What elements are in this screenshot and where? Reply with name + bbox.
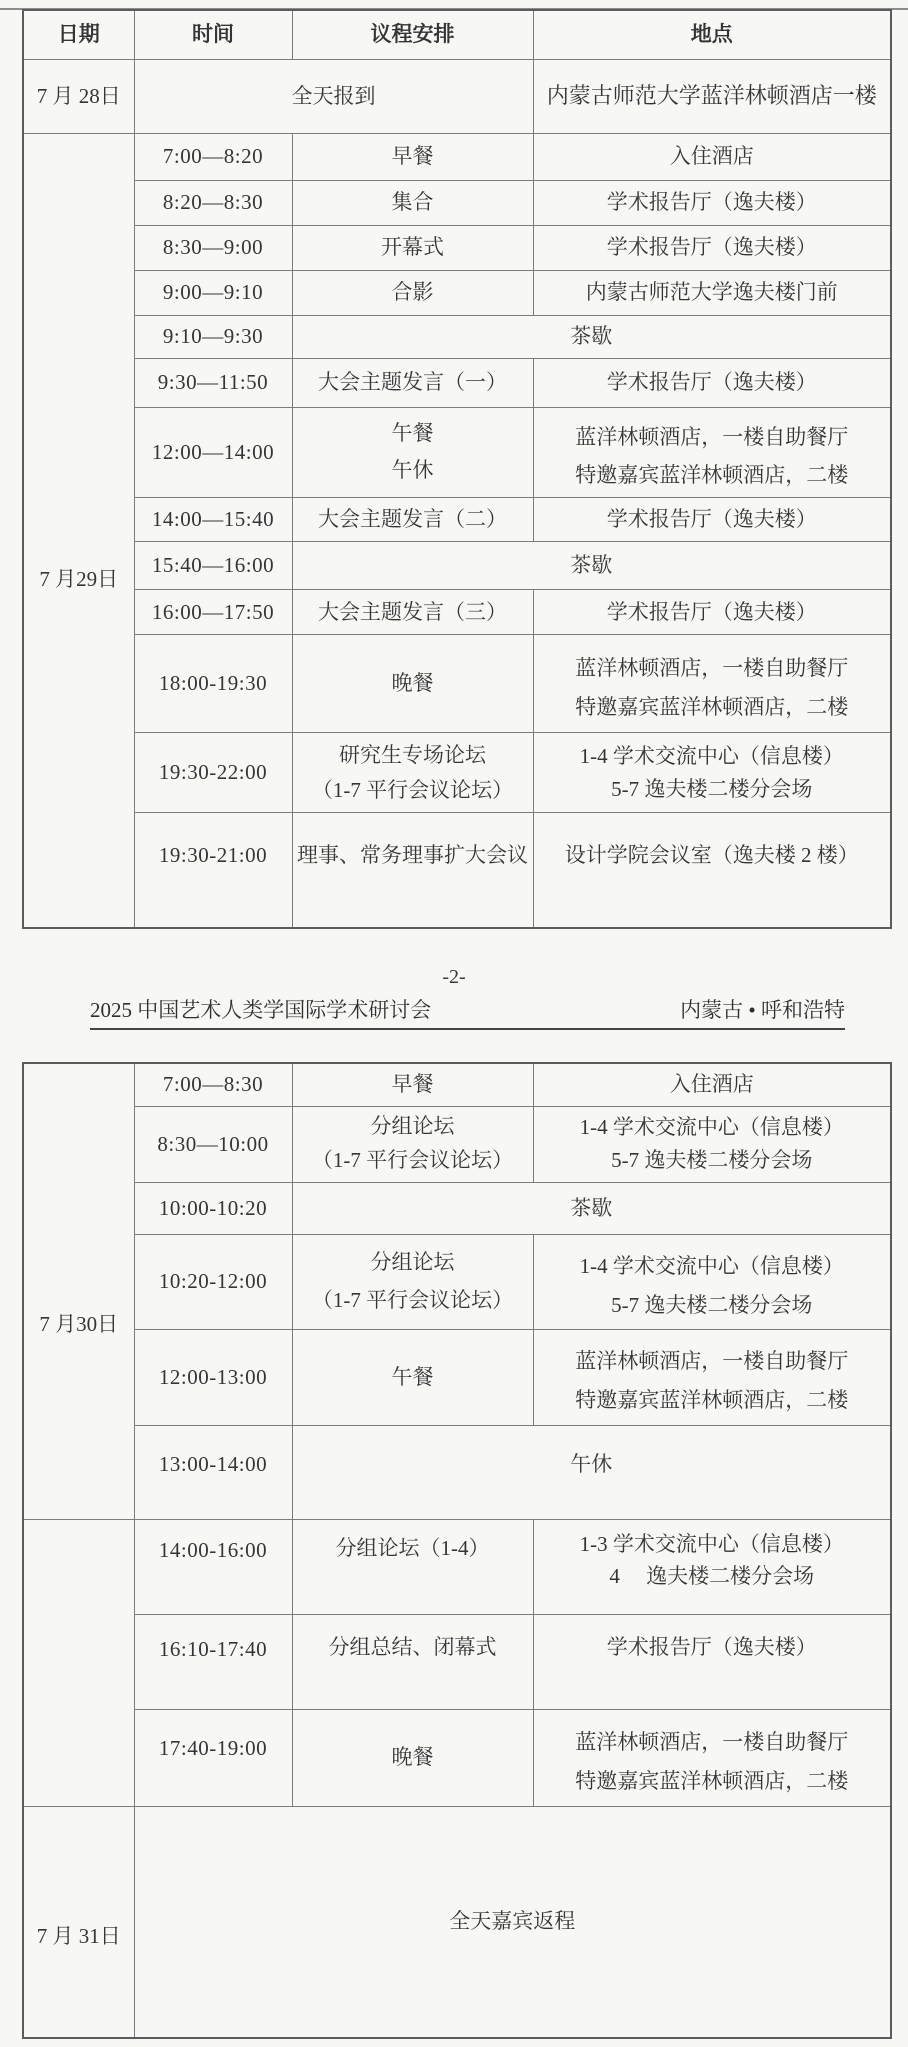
schedule-table-page2: 7 月30日 7:00—8:30 早餐 入住酒店 8:30—10:00 分组论坛… [22,1062,892,2039]
time-cell: 13:00-14:00 [134,1425,292,1519]
time-cell: 9:00—9:10 [134,270,292,315]
time-cell: 16:00—17:50 [134,590,292,635]
agenda-cell: 早餐 [292,1063,533,1106]
col-header-date: 日期 [23,10,134,59]
time-cell: 8:30—9:00 [134,225,292,270]
location-cell: 入住酒店 [533,1063,891,1106]
page-header-place: 内蒙古 • 呼和浩特 [680,994,845,1024]
location-cell: 学术报告厅（逸夫楼） [533,358,891,407]
table-row: 12:00—14:00 午餐 午休 蓝洋林顿酒店，一楼自助餐厅 特邀嘉宾蓝洋林顿… [23,407,891,498]
table-row: 7 月29日 7:00—8:20 早餐 入住酒店 [23,133,891,180]
agenda-cell: 午餐 午休 [292,407,533,498]
table-row: 16:00—17:50 大会主题发言（三） 学术报告厅（逸夫楼） [23,590,891,635]
location-cell: 内蒙古师范大学蓝洋林顿酒店一楼 [533,59,891,133]
time-cell: 9:10—9:30 [134,315,292,358]
date-cell-jul28: 7 月 28日 [23,59,134,133]
agenda-cell: 合影 [292,270,533,315]
table-row: 16:10-17:40 分组总结、闭幕式 学术报告厅（逸夫楼） [23,1614,891,1709]
table-row: 8:30—10:00 分组论坛 （1-7 平行会议论坛） 1-4 学术交流中心（… [23,1106,891,1182]
location-cell: 学术报告厅（逸夫楼） [533,498,891,542]
date-cell-empty [23,1519,134,1806]
time-cell: 14:00-16:00 [134,1519,292,1614]
table-row: 9:00—9:10 合影 内蒙古师范大学逸夫楼门前 [23,270,891,315]
time-cell: 10:00-10:20 [134,1182,292,1234]
time-cell: 12:00—14:00 [134,407,292,498]
location-cell: 1-4 学术交流中心（信息楼） 5-7 逸夫楼二楼分会场 [533,1106,891,1182]
time-cell: 14:00—15:40 [134,498,292,542]
table-row: 17:40-19:00 晚餐 蓝洋林顿酒店，一楼自助餐厅 特邀嘉宾蓝洋林顿酒店，… [23,1709,891,1806]
agenda-cell: 分组总结、闭幕式 [292,1614,533,1709]
table-row: 14:00-16:00 分组论坛（1-4） 1-3 学术交流中心（信息楼） 4 … [23,1519,891,1614]
time-cell: 7:00—8:30 [134,1063,292,1106]
time-cell: 19:30-22:00 [134,733,292,813]
agenda-cell: 大会主题发言（三） [292,590,533,635]
location-cell: 1-3 学术交流中心（信息楼） 4 逸夫楼二楼分会场 [533,1519,891,1614]
location-cell: 1-4 学术交流中心（信息楼） 5-7 逸夫楼二楼分会场 [533,733,891,813]
location-cell: 蓝洋林顿酒店，一楼自助餐厅 特邀嘉宾蓝洋林顿酒店，二楼 [533,1329,891,1425]
table-row: 10:20-12:00 分组论坛 （1-7 平行会议论坛） 1-4 学术交流中心… [23,1234,891,1329]
table-row: 9:30—11:50 大会主题发言（一） 学术报告厅（逸夫楼） [23,358,891,407]
table-row: 7 月 28日 全天报到 内蒙古师范大学蓝洋林顿酒店一楼 [23,59,891,133]
time-cell: 8:30—10:00 [134,1106,292,1182]
agenda-cell: 分组论坛（1-4） [292,1519,533,1614]
location-cell: 蓝洋林顿酒店，一楼自助餐厅 特邀嘉宾蓝洋林顿酒店，二楼 [533,635,891,733]
time-cell: 10:20-12:00 [134,1234,292,1329]
location-cell: 内蒙古师范大学逸夫楼门前 [533,270,891,315]
time-cell: 9:30—11:50 [134,358,292,407]
location-cell: 蓝洋林顿酒店，一楼自助餐厅 特邀嘉宾蓝洋林顿酒店，二楼 [533,1709,891,1806]
location-cell: 学术报告厅（逸夫楼） [533,225,891,270]
table-row-teabreak: 9:10—9:30 茶歇 [23,315,891,358]
col-header-location: 地点 [533,10,891,59]
time-cell: 12:00-13:00 [134,1329,292,1425]
col-header-time: 时间 [134,10,292,59]
agenda-cell: 全天报到 [134,59,533,133]
schedule-table-page1: 日期 时间 议程安排 地点 7 月 28日 全天报到 内蒙古师范大学蓝洋林顿酒店… [22,9,892,929]
agenda-cell-nap: 午休 [292,1425,891,1519]
agenda-cell: 理事、常务理事扩大会议 [292,813,533,928]
table-row: 18:00-19:30 晚餐 蓝洋林顿酒店，一楼自助餐厅 特邀嘉宾蓝洋林顿酒店，… [23,635,891,733]
table-row: 8:20—8:30 集合 学术报告厅（逸夫楼） [23,180,891,225]
table-header-row: 日期 时间 议程安排 地点 [23,10,891,59]
date-cell-jul29: 7 月29日 [23,133,134,928]
agenda-cell: 大会主题发言（一） [292,358,533,407]
table-row-teabreak: 10:00-10:20 茶歇 [23,1182,891,1234]
location-cell: 1-4 学术交流中心（信息楼） 5-7 逸夫楼二楼分会场 [533,1234,891,1329]
time-cell: 18:00-19:30 [134,635,292,733]
time-cell: 7:00—8:20 [134,133,292,180]
table-row: 7 月 31日 全天嘉宾返程 [23,1806,891,2038]
table-row: 19:30-22:00 研究生专场论坛 （1-7 平行会议论坛） 1-4 学术交… [23,733,891,813]
agenda-cell: 早餐 [292,133,533,180]
time-cell: 17:40-19:00 [134,1709,292,1806]
agenda-cell: 大会主题发言（二） [292,498,533,542]
agenda-cell-teabreak: 茶歇 [292,542,891,590]
time-cell: 16:10-17:40 [134,1614,292,1709]
agenda-cell: 分组论坛 （1-7 平行会议论坛） [292,1106,533,1182]
agenda-cell-teabreak: 茶歇 [292,315,891,358]
location-cell: 入住酒店 [533,133,891,180]
time-cell: 19:30-21:00 [134,813,292,928]
col-header-agenda: 议程安排 [292,10,533,59]
page-number: -2- [0,966,908,989]
agenda-cell: 开幕式 [292,225,533,270]
location-cell: 学术报告厅（逸夫楼） [533,1614,891,1709]
table-row: 7 月30日 7:00—8:30 早餐 入住酒店 [23,1063,891,1106]
time-cell: 8:20—8:30 [134,180,292,225]
agenda-cell: 研究生专场论坛 （1-7 平行会议论坛） [292,733,533,813]
agenda-cell: 集合 [292,180,533,225]
location-cell: 学术报告厅（逸夫楼） [533,590,891,635]
location-cell: 学术报告厅（逸夫楼） [533,180,891,225]
agenda-cell: 晚餐 [292,1709,533,1806]
agenda-cell-teabreak: 茶歇 [292,1182,891,1234]
date-cell-jul31: 7 月 31日 [23,1806,134,2038]
table-row: 19:30-21:00 理事、常务理事扩大会议 设计学院会议室（逸夫楼 2 楼） [23,813,891,928]
agenda-cell: 午餐 [292,1329,533,1425]
page-header-rule: 2025 中国艺术人类学国际学术研讨会 内蒙古 • 呼和浩特 [90,1000,845,1030]
agenda-cell: 晚餐 [292,635,533,733]
page-header-title: 2025 中国艺术人类学国际学术研讨会 [90,994,431,1024]
table-row: 14:00—15:40 大会主题发言（二） 学术报告厅（逸夫楼） [23,498,891,542]
table-row-teabreak: 15:40—16:00 茶歇 [23,542,891,590]
location-cell: 设计学院会议室（逸夫楼 2 楼） [533,813,891,928]
date-cell-jul30: 7 月30日 [23,1063,134,1519]
table-row-naptime: 13:00-14:00 午休 [23,1425,891,1519]
table-row: 12:00-13:00 午餐 蓝洋林顿酒店，一楼自助餐厅 特邀嘉宾蓝洋林顿酒店，… [23,1329,891,1425]
location-cell: 蓝洋林顿酒店，一楼自助餐厅 特邀嘉宾蓝洋林顿酒店，二楼 [533,407,891,498]
agenda-cell: 分组论坛 （1-7 平行会议论坛） [292,1234,533,1329]
table-row: 8:30—9:00 开幕式 学术报告厅（逸夫楼） [23,225,891,270]
agenda-cell-departure: 全天嘉宾返程 [134,1806,891,2038]
time-cell: 15:40—16:00 [134,542,292,590]
